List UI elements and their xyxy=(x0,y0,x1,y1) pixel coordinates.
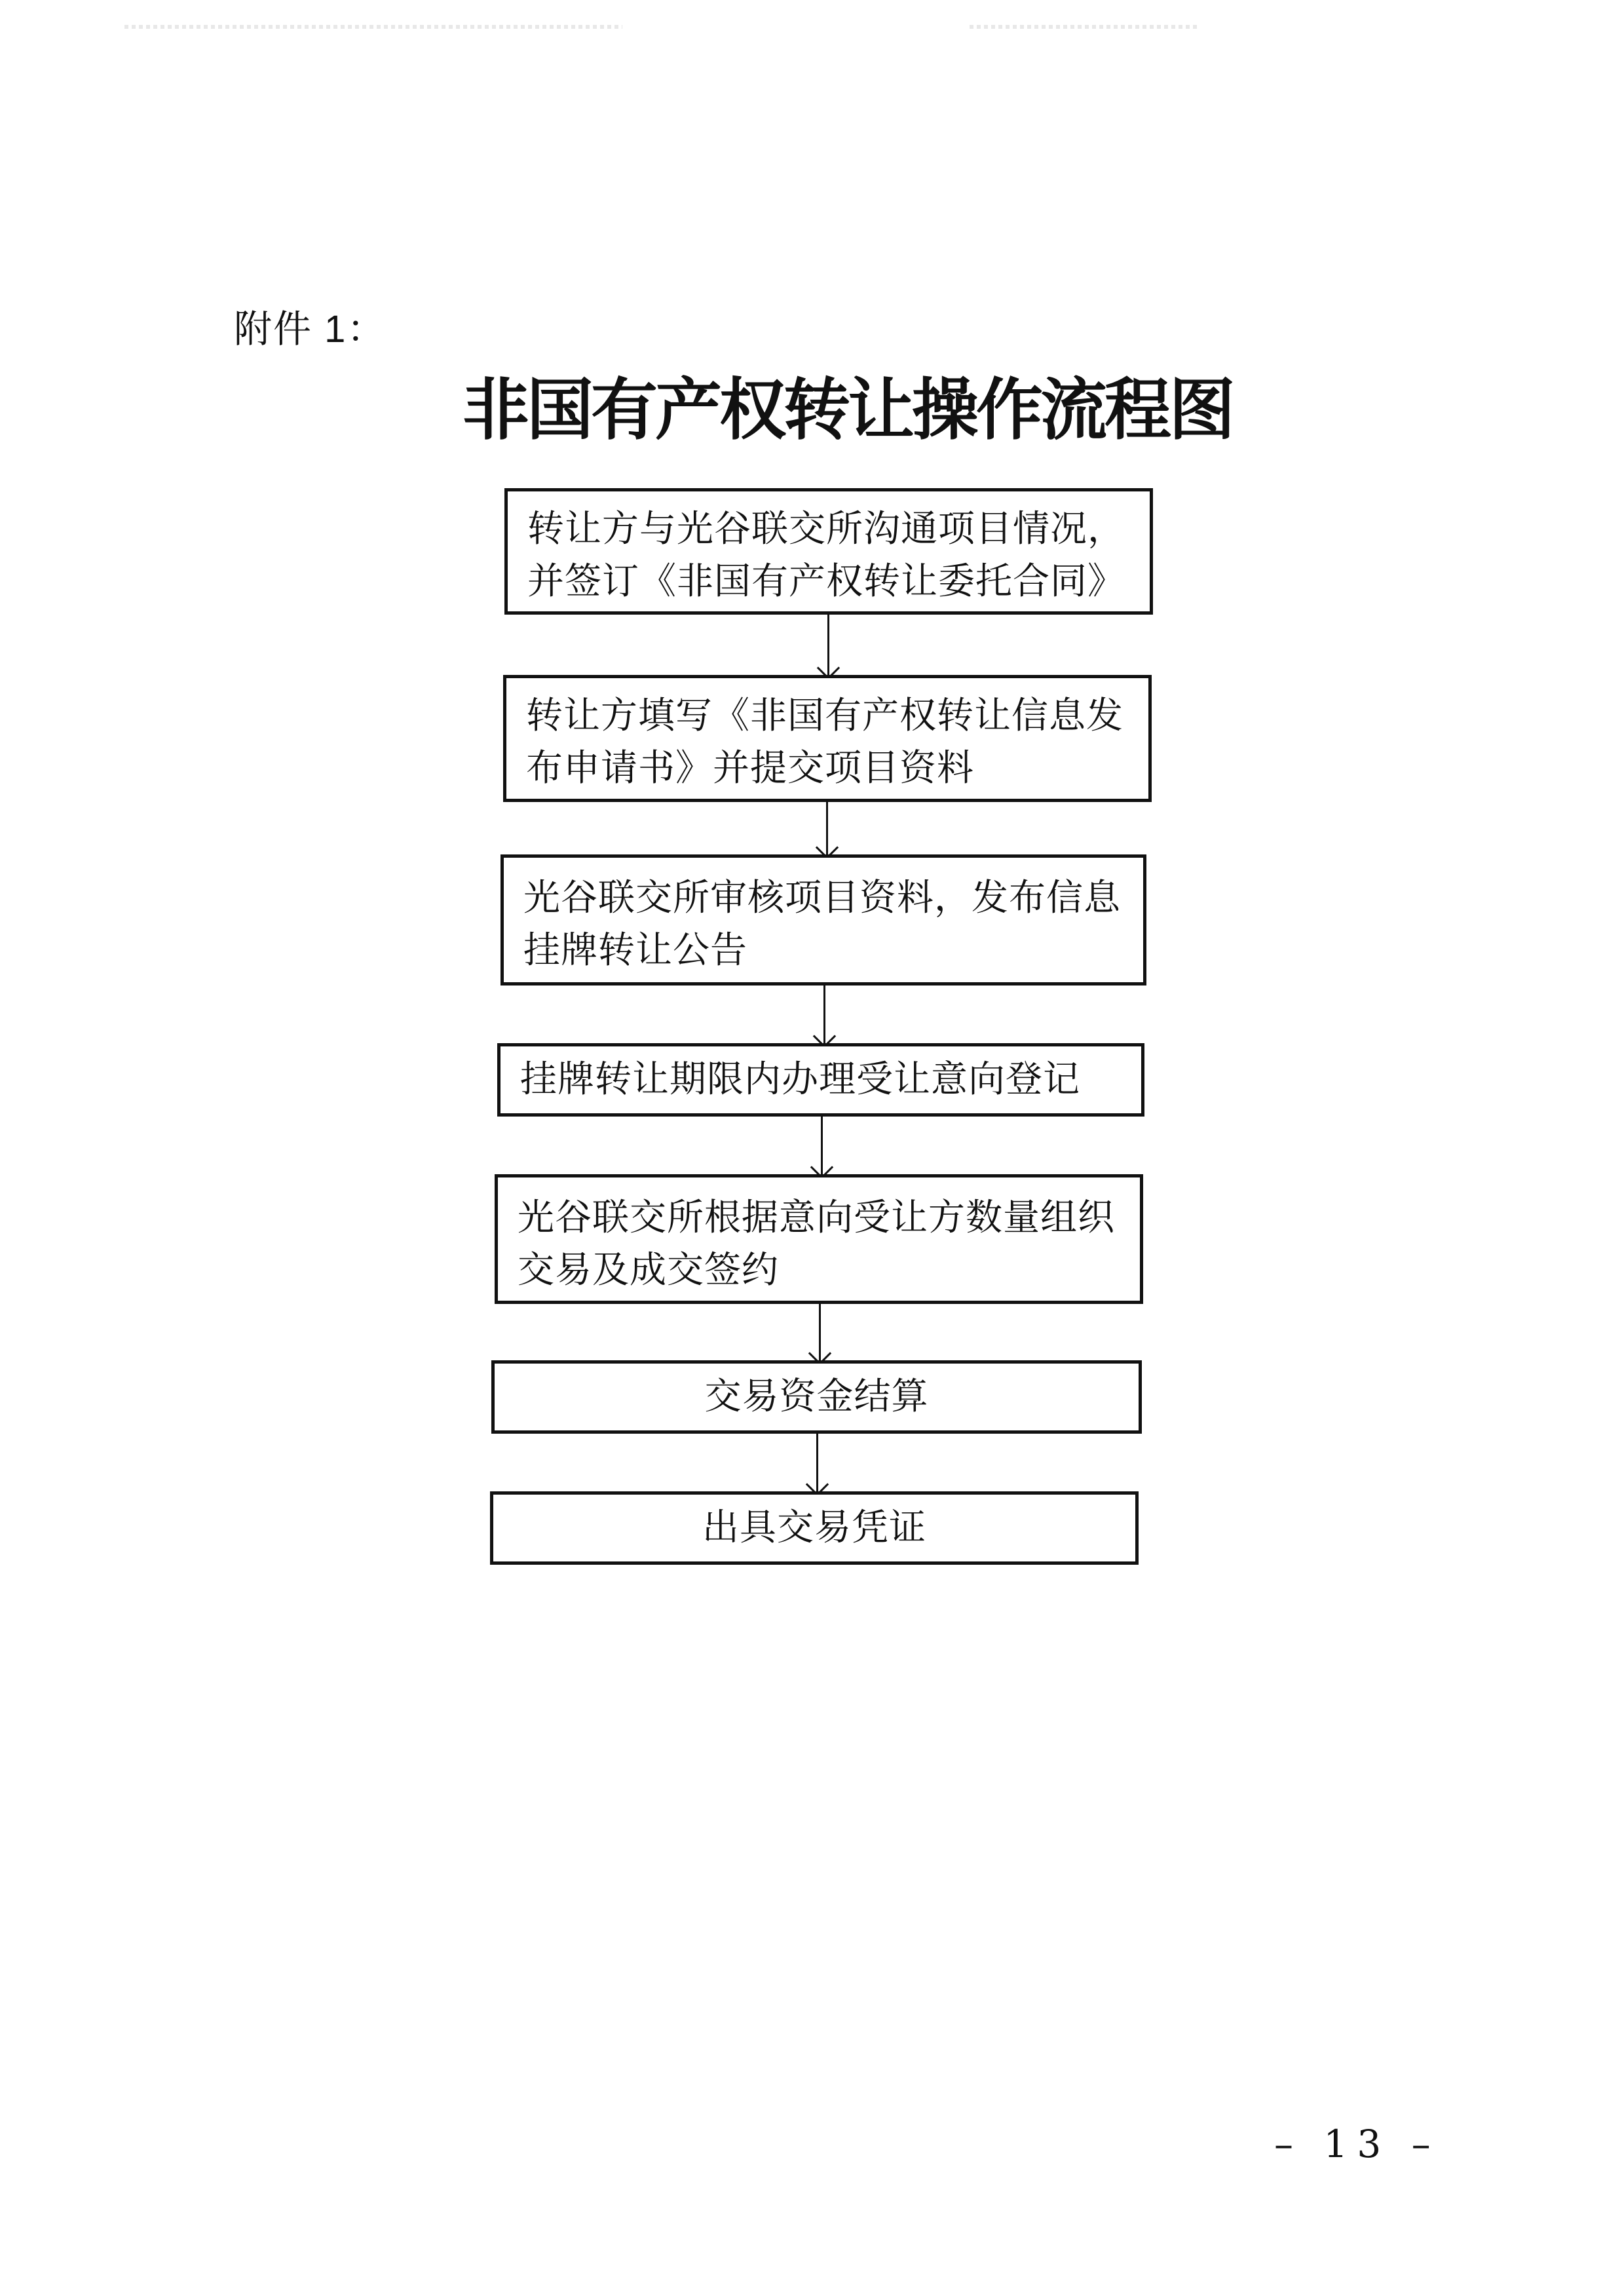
arrow-down-icon xyxy=(816,1434,818,1491)
flow-step-5: 光谷联交所根据意向受让方数量组织 交易及成交签约 xyxy=(495,1174,1143,1304)
flow-step-3-line2: 挂牌转让公告 xyxy=(523,925,1143,977)
flow-step-7: 出具交易凭证 xyxy=(490,1491,1139,1565)
flow-step-4: 挂牌转让期限内办理受让意向登记 xyxy=(497,1043,1144,1117)
arrow-down-icon xyxy=(826,802,828,854)
flow-step-5-line1: 光谷联交所根据意向受让方数量组织 xyxy=(518,1192,1140,1244)
arrow-down-icon xyxy=(827,615,829,675)
flow-step-2-line1: 转让方填写《非国有产权转让信息发 xyxy=(526,690,1148,742)
flow-step-1: 转让方与光谷联交所沟通项目情况， 并签订《非国有产权转让委托合同》 xyxy=(504,488,1153,615)
flow-step-1-line2: 并签订《非国有产权转让委托合同》 xyxy=(527,556,1150,608)
flow-step-5-line2: 交易及成交签约 xyxy=(518,1244,1140,1297)
attachment-label: 附件 1： xyxy=(234,298,386,353)
flow-step-1-line1: 转让方与光谷联交所沟通项目情况， xyxy=(527,503,1150,556)
arrow-down-icon xyxy=(819,1304,821,1360)
scan-artifact xyxy=(124,25,622,29)
page-title: 非国有产权转让操作流程图 xyxy=(463,357,1233,453)
flow-step-3-line1: 光谷联交所审核项目资料，发布信息 xyxy=(523,872,1143,925)
flow-step-7-line1: 出具交易凭证 xyxy=(702,1502,926,1554)
scan-artifact xyxy=(970,25,1199,29)
arrow-down-icon xyxy=(821,1117,823,1174)
flow-step-4-line1: 挂牌转让期限内办理受让意向登记 xyxy=(520,1054,1080,1106)
flow-step-2-line2: 布申请书》并提交项目资料 xyxy=(526,742,1148,795)
flow-step-6: 交易资金结算 xyxy=(491,1360,1142,1434)
flow-step-6-line1: 交易资金结算 xyxy=(705,1371,929,1423)
flow-step-2: 转让方填写《非国有产权转让信息发 布申请书》并提交项目资料 xyxy=(503,675,1152,802)
flow-step-3: 光谷联交所审核项目资料，发布信息 挂牌转让公告 xyxy=(500,854,1146,985)
arrow-down-icon xyxy=(823,985,825,1043)
page-number: – 13 – xyxy=(1274,2122,1440,2166)
